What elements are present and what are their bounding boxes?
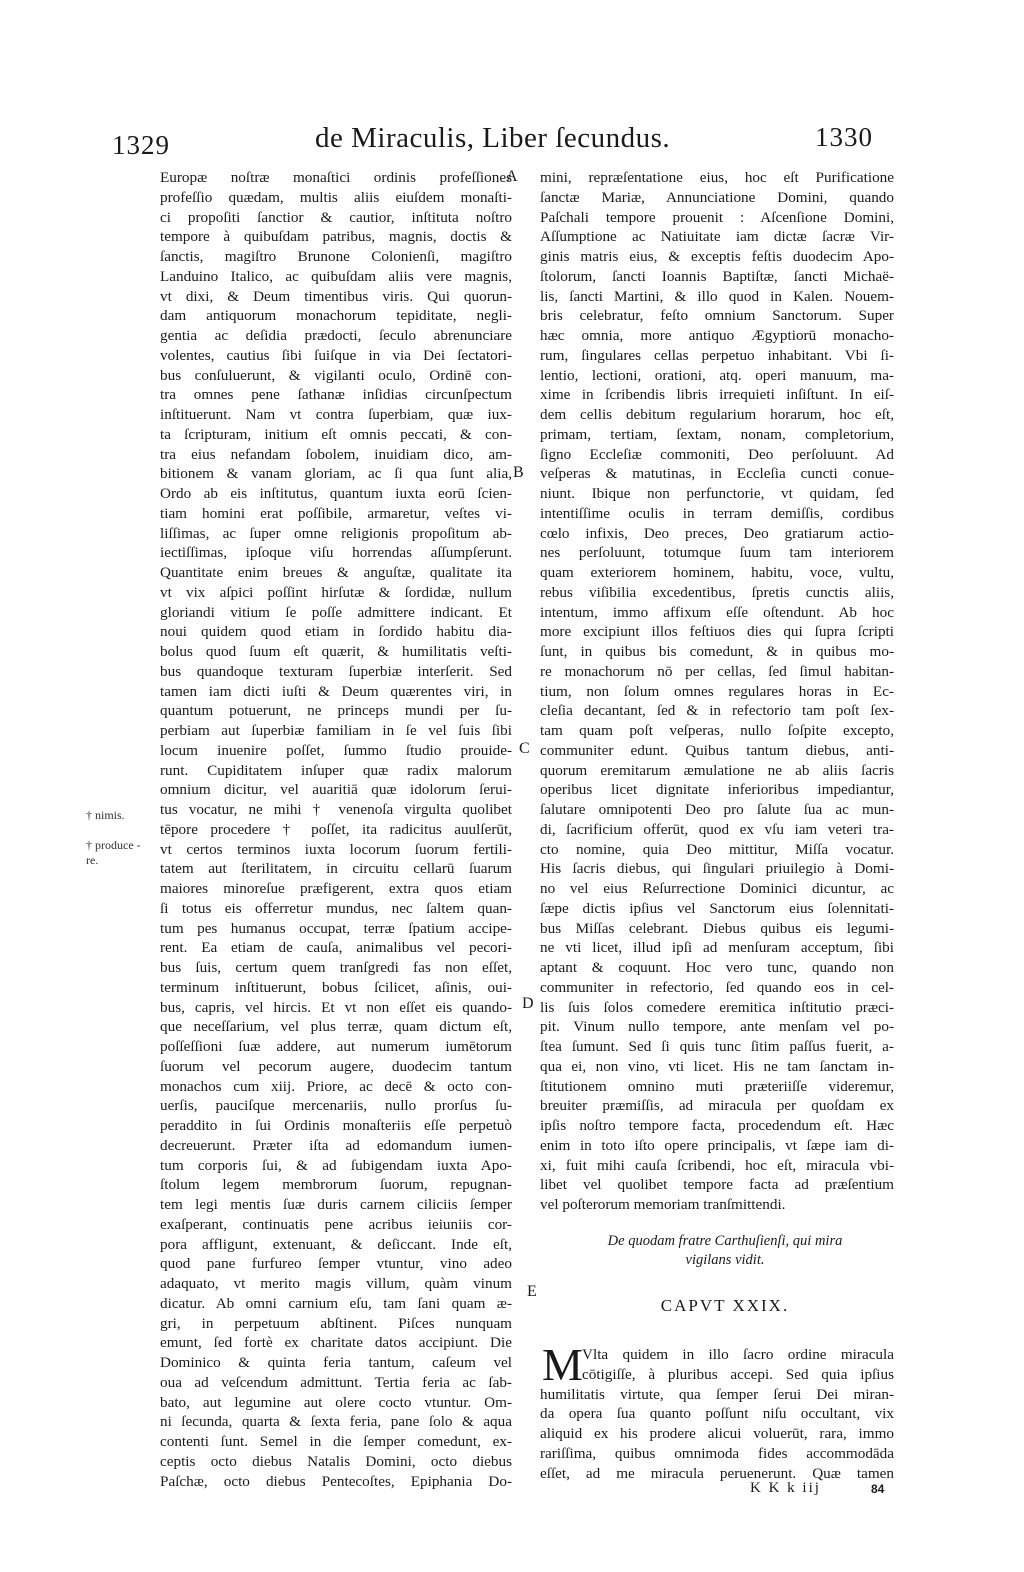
- text-line: terminum inſtituerunt, bobus ſcilicet, a…: [160, 978, 512, 998]
- text-line: gri, in perpetuum abſtinent. Piſces nunq…: [160, 1314, 512, 1334]
- text-line: tra omnes pene ſathanæ inſidias circunſp…: [160, 385, 512, 405]
- text-line: nes perſoluunt, totumque ſuum tam interi…: [540, 543, 894, 563]
- page-header: 1329 de Miraculis, Liber ſecundus. 1330: [0, 122, 1024, 162]
- text-line: eſſet, ad me miracula peruenerunt. Quæ t…: [540, 1464, 894, 1484]
- text-line: bus conſuluerunt, & vigilanti oculo, Ord…: [160, 366, 512, 386]
- chapter-body: M Vlta quidem in illo ſacro ordine mirac…: [540, 1345, 894, 1483]
- text-line: peraddito in ſui Ordinis monaſteriis eſſ…: [160, 1116, 512, 1136]
- text-line: perbiam aut ſuperbiæ familiam in ſe vel …: [160, 721, 512, 741]
- text-line: ipſis noſtro tempore facta, procedendum …: [540, 1116, 894, 1136]
- text-line: Paſchæ, octo diebus Pentecoſtes, Epiphan…: [160, 1472, 512, 1492]
- page-number-left: 1329: [112, 130, 170, 161]
- text-line: gentia ac deſidia prædocti, ſeculo abren…: [160, 326, 512, 346]
- text-line: pit. Vinum nullo tempore, ante menſam ve…: [540, 1017, 894, 1037]
- margin-note-producere-2: re.: [86, 853, 98, 868]
- text-line: ta ſcripturam, initium eſt omnis peccati…: [160, 425, 512, 445]
- text-line: ſtolum legem membrorum ſuorum, repugnan-: [160, 1175, 512, 1195]
- text-line: cœlo infixis, Deo preces, Deo gratiarum …: [540, 524, 894, 544]
- margin-note-producere-1: † produce -: [86, 838, 141, 853]
- text-line: ne vti licet, illud ipſi ad menſuram acc…: [540, 938, 894, 958]
- text-line: dem cellis debitum regularium horarum, h…: [540, 405, 894, 425]
- folio-number: 84: [871, 1482, 884, 1496]
- text-line: aptant & coquunt. Hoc vero tunc, quando …: [540, 958, 894, 978]
- text-line: omnium dicitur, vel auaritiā quæ idoloru…: [160, 780, 512, 800]
- text-line: tus vocatur, ne mihi † venenoſa virgulta…: [160, 800, 512, 820]
- text-line: hæc omnia, more antiquo Ægyptiorū monach…: [540, 326, 894, 346]
- text-line: veſperas & matutinas, in Eccleſia cuncti…: [540, 464, 894, 484]
- text-line: ſunt, in quibus bis comedunt, & in quibu…: [540, 642, 894, 662]
- text-line: poſſeſſioni ſuæ addere, aut numerum iumē…: [160, 1037, 512, 1057]
- text-line: quod pane furfureo ſemper vtuntur, vino …: [160, 1254, 512, 1274]
- text-line: monachos cum xiij. Priore, ac decē & oct…: [160, 1077, 512, 1097]
- text-line: di, ſacrificium offerūt, quod ex vſu iam…: [540, 820, 894, 840]
- text-line: da opera ſua quanto poſſunt niſu occulta…: [540, 1404, 894, 1424]
- right-column: mini, repræſentatione eius, hoc eſt Puri…: [540, 168, 894, 1215]
- text-line: tam quam poſt veſperas, nullo ſoſpite ex…: [540, 721, 894, 741]
- text-line: que neceſſarium, vel plus terræ, quam di…: [160, 1017, 512, 1037]
- text-line: vt dixi, & Deum timentibus viris. Qui qu…: [160, 287, 512, 307]
- text-line: ſtolorum, ſancti Ioannis Baptiſtæ, ſanct…: [540, 267, 894, 287]
- text-line: no vel eius Reſurrectione Dominici dicun…: [540, 879, 894, 899]
- text-line: vt vix aſpici poſſint hirſutæ & ſordidæ,…: [160, 583, 512, 603]
- chapter-subtitle-line: De quodam fratre Carthuſienſi, qui mira: [560, 1232, 890, 1251]
- text-line: tium, non ſolum omnes regulares horas in…: [540, 682, 894, 702]
- text-line: cto nomine, quia Deo mittitur, Miſſa voc…: [540, 840, 894, 860]
- text-line: ſanctis, magiſtro Brunone Colonienſi, ma…: [160, 247, 512, 267]
- section-marker-c: C: [519, 740, 530, 758]
- text-line: ſuorum vel pecorum augere, duodecim tant…: [160, 1057, 512, 1077]
- text-line: iectiſſimas, ipſoque viſu horrendas aſſu…: [160, 543, 512, 563]
- page-number-right: 1330: [815, 122, 873, 153]
- text-line: Dominico & quinta feria tantum, caſeum v…: [160, 1353, 512, 1373]
- text-line: humilitatis virtute, qua ſemper ſerui De…: [540, 1385, 894, 1405]
- text-line: breuiter præmiſſis, ad miracula per quoſ…: [540, 1096, 894, 1116]
- text-line: bus quandoque texturam ſuperbiæ interſer…: [160, 662, 512, 682]
- text-line: tum pes humanus occupat, terræ ſpatium a…: [160, 919, 512, 939]
- text-line: tempore à quibuſdam patribus, magnis, do…: [160, 227, 512, 247]
- text-line: vt certos terminos iuxta locorum ſuorum …: [160, 840, 512, 860]
- text-line: maiores minoreſue præfigerent, extra quo…: [160, 879, 512, 899]
- text-line: ſtea ſumunt. Sed ſi quis tunc ſitim paſſ…: [540, 1037, 894, 1057]
- chapter-subtitle-line: vigilans vidit.: [560, 1251, 890, 1270]
- text-line: ſtitutionem omnino muti præteriiſſe vide…: [540, 1077, 894, 1097]
- text-line: xi, fuit mihi cauſa ſcribendi, hoc eſt, …: [540, 1156, 894, 1176]
- text-line: emunt, ſed fortè ex charitate datos acci…: [160, 1333, 512, 1353]
- text-line: tem legi mentis ſuæ duris carnem cilicii…: [160, 1195, 512, 1215]
- text-line: intentum, immo affixum eſſe oſtendunt. A…: [540, 603, 894, 623]
- text-line: ci propoſiti ſanctior & cautior, inſtitu…: [160, 208, 512, 228]
- text-line: bus, capris, vel hircis. Et vt non eſſet…: [160, 998, 512, 1018]
- text-line: contenti ſunt. Semel in die ſemper comed…: [160, 1432, 512, 1452]
- text-line: noui quidem quod etiam in ſordido habitu…: [160, 622, 512, 642]
- text-line: rent. Ea etiam de cauſa, animalibus vel …: [160, 938, 512, 958]
- text-line: tēpore procedere † poſſet, ita radicitus…: [160, 820, 512, 840]
- text-line: rebus viſibilia excedentibus, ſpretis cu…: [540, 583, 894, 603]
- text-line: rum, ſingulares cellas perpetuo inhabita…: [540, 346, 894, 366]
- text-line: His ſacris diebus, qui ſingulari priuile…: [540, 859, 894, 879]
- text-line: quantum potuerunt, ne princeps mundi per…: [160, 701, 512, 721]
- text-line: lis ſuis ſolos comedere eremitica inſtit…: [540, 998, 894, 1018]
- drop-cap: M: [542, 1345, 583, 1385]
- text-line: quorum eremitarum æmulatione ne ab aliis…: [540, 761, 894, 781]
- text-line: ſæpe dictis ipſius vel Sanctorum eius ſo…: [540, 899, 894, 919]
- text-line: rariſſima, quibus omnimoda fides accommo…: [540, 1444, 894, 1464]
- text-line: qua ei, non vino, vti licet. His ne tam …: [540, 1057, 894, 1077]
- text-line: ſigno Eccleſiæ commoniti, Deo perſoluunt…: [540, 445, 894, 465]
- text-line: inſtituerunt. Nam vt contra ſuperbiam, q…: [160, 405, 512, 425]
- text-line: intentiſſime oculis in terram demiſſis, …: [540, 504, 894, 524]
- text-line: tatem aut ſterilitatem, in circuitu cell…: [160, 859, 512, 879]
- text-line: re monachorum nō per cellas, ſed ſimul h…: [540, 662, 894, 682]
- text-line: Quantitate enim breues & anguſtæ, qualit…: [160, 563, 512, 583]
- text-line: communiter edunt. Quibus tantum diebus, …: [540, 741, 894, 761]
- text-line: cōtigiſſe, à pluribus accepi. Sed quia i…: [540, 1365, 894, 1385]
- section-marker-d: D: [522, 995, 534, 1013]
- left-column: Europæ noſtræ monaſtici ordinis profeſſi…: [160, 168, 512, 1491]
- text-line: pora affligunt, extenuant, & deſiccant. …: [160, 1235, 512, 1255]
- text-line: primam, tertiam, ſextam, nonam, completo…: [540, 425, 894, 445]
- text-line: exaſperant, continuatis pene acribus iei…: [160, 1215, 512, 1235]
- text-line: enim in toto iſto opere principalis, vt …: [540, 1136, 894, 1156]
- text-line: lentio, lectioni, orationi, atq. operi m…: [540, 366, 894, 386]
- text-line: ceptis octo diebus Natalis Domini, octo …: [160, 1452, 512, 1472]
- text-line: cleſia decantant, ſed & in refectorio ta…: [540, 701, 894, 721]
- text-line: niunt. Ibique non perfunctorie, vt quida…: [540, 484, 894, 504]
- text-line: communiter in refectorio, ſed quando eos…: [540, 978, 894, 998]
- margin-note-nimis: † nimis.: [86, 808, 125, 823]
- text-line: bitionem & vanam gloriam, ac ſi qua ſunt…: [160, 464, 512, 484]
- text-line: mini, repræſentatione eius, hoc eſt Puri…: [540, 168, 894, 188]
- section-marker-b: B: [513, 464, 524, 482]
- text-line: ſi totus eis offerretur mundus, nec ſalt…: [160, 899, 512, 919]
- text-line: bus Miſſas celebrant. Diebus quibus eis …: [540, 919, 894, 939]
- text-line: tum corporis ſui, & ad ſubigendam iuxta …: [160, 1156, 512, 1176]
- text-line: Aſſumptione ac Natiuitate iam dictæ ſacr…: [540, 227, 894, 247]
- text-line: runt. Cupiditatem inſuper quæ radix malo…: [160, 761, 512, 781]
- text-line: ſalutare omnipotenti Deo pro ſalute ſua …: [540, 800, 894, 820]
- text-line: ni ſecunda, quarta & ſexta feria, pane ſ…: [160, 1412, 512, 1432]
- text-line: volentes, cautius ſibi ſuiſque in via De…: [160, 346, 512, 366]
- text-line: Landuino Italico, ac quibuſdam aliis ver…: [160, 267, 512, 287]
- signature-mark: K K k iij: [750, 1480, 821, 1497]
- text-line: uerſis, pauciſque mercenariis, nullo pro…: [160, 1096, 512, 1116]
- text-line: adaquato, vt merito magis villum, quàm v…: [160, 1274, 512, 1294]
- text-line: bris celebratur, feſto omnium Sanctorum.…: [540, 306, 894, 326]
- text-line: tiam homini erat poſſibile, armaretur, v…: [160, 504, 512, 524]
- text-line: bolus quod ſuum eſt quærit, & humilitati…: [160, 642, 512, 662]
- text-line: more excipiunt illos feſtiuos dies qui ſ…: [540, 622, 894, 642]
- text-line: ſanctæ Mariæ, Annunciatione Domini, quan…: [540, 188, 894, 208]
- text-line: bus ſuis, certum quem tranſgredi fas non…: [160, 958, 512, 978]
- text-line: Europæ noſtræ monaſtici ordinis profeſſi…: [160, 168, 512, 188]
- text-line: bato, aut legumine aut olere cocto vtunt…: [160, 1393, 512, 1413]
- text-line: gloriandi vitium ſe poſſe admittere indi…: [160, 603, 512, 623]
- chapter-subtitle: De quodam fratre Carthuſienſi, qui mira …: [560, 1232, 890, 1270]
- text-line: Ordo ab eis inſtitutus, quantum iuxta eo…: [160, 484, 512, 504]
- text-line: liſſimas, ac ſuper omne religionis propo…: [160, 524, 512, 544]
- text-line: lis, ſancti Martini, & illo quod in Kale…: [540, 287, 894, 307]
- text-line: dicatur. Ab omni carnium eſu, tam ſani q…: [160, 1294, 512, 1314]
- text-line: operibus licet dignitate inferioribus im…: [540, 780, 894, 800]
- text-line: oua ad veſcendum admittunt. Tertia feria…: [160, 1373, 512, 1393]
- text-line: decreuerunt. Præter iſta ad edomandum iu…: [160, 1136, 512, 1156]
- text-line: locum inuenire poſſet, ſummo ſtudio prou…: [160, 741, 512, 761]
- text-line: profeſſio quædam, multis aliis eiuſdem m…: [160, 188, 512, 208]
- chapter-heading: CAPVT XXIX.: [560, 1296, 890, 1316]
- running-title: de Miraculis, Liber ſecundus.: [315, 122, 670, 155]
- text-line: tra eius nefandam ſobolem, inuidiam dico…: [160, 445, 512, 465]
- text-line: vel poſterorum memoriam tranſmittendi.: [540, 1195, 894, 1215]
- book-page: 1329 de Miraculis, Liber ſecundus. 1330 …: [0, 0, 1024, 1572]
- text-line: Vlta quidem in illo ſacro ordine miracul…: [540, 1345, 894, 1365]
- text-line: aliquid ex his prodere alicui voluerūt, …: [540, 1424, 894, 1444]
- section-marker-e: E: [527, 1283, 537, 1301]
- text-line: ginis matris eius, & exceptis feſtis duo…: [540, 247, 894, 267]
- text-line: dam antiquorum monachorum tepiditate, ne…: [160, 306, 512, 326]
- text-line: libet vel quolibet tempore facta ad præſ…: [540, 1175, 894, 1195]
- text-line: Paſchali tempore prouenit : Aſcenſione D…: [540, 208, 894, 228]
- text-line: quam exteriorem hominem, habitu, voce, v…: [540, 563, 894, 583]
- text-line: xime in ſcribendis libris irrequieti inſ…: [540, 385, 894, 405]
- text-line: tamen iam dicti iuſti & Deum quærentes v…: [160, 682, 512, 702]
- section-marker-a: A: [506, 168, 518, 186]
